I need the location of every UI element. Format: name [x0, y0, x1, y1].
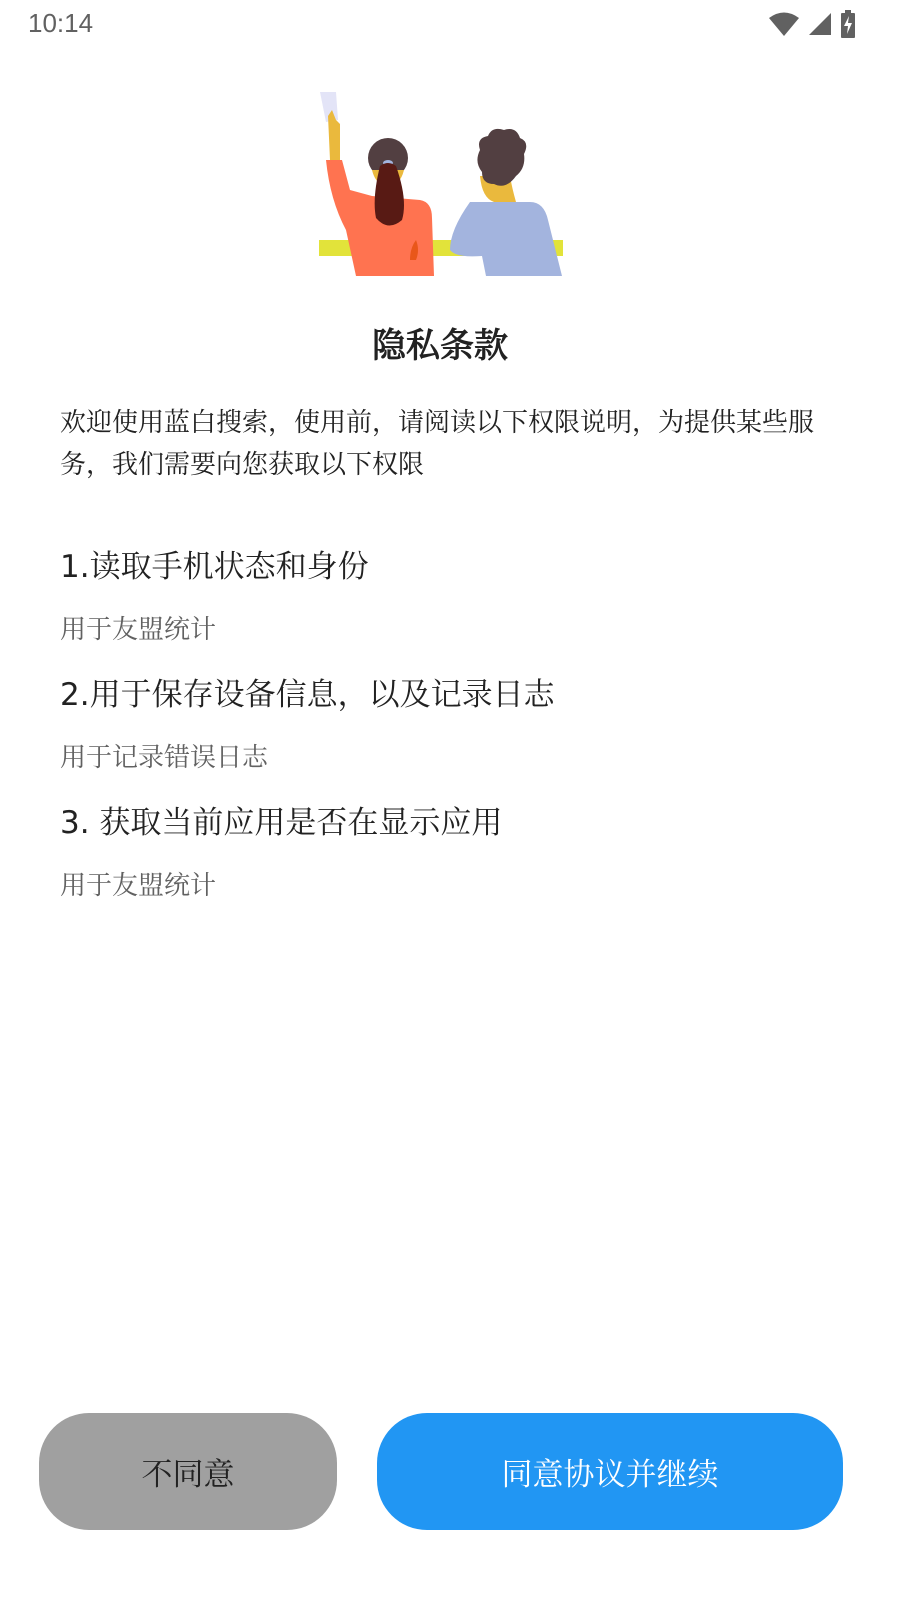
- permission-item: 1.读取手机状态和身份 用于友盟统计: [60, 545, 840, 673]
- permission-desc: 用于记录错误日志: [60, 740, 268, 776]
- dialog-title: 隐私条款: [0, 318, 880, 367]
- permission-title: 3. 获取当前应用是否在显示应用: [60, 801, 502, 845]
- agree-continue-button[interactable]: 同意协议并继续: [377, 1413, 843, 1530]
- privacy-illustration: [316, 90, 566, 280]
- permission-desc: 用于友盟统计: [60, 868, 216, 904]
- intro-text: 欢迎使用蓝白搜索，使用前，请阅读以下权限说明，为提供某些服务，我们需要向您获取以…: [60, 402, 820, 486]
- disagree-button[interactable]: 不同意: [39, 1413, 337, 1530]
- permission-item: 3. 获取当前应用是否在显示应用 用于友盟统计: [60, 801, 840, 929]
- cellular-signal-icon: [808, 12, 832, 40]
- permission-title: 2.用于保存设备信息，以及记录日志: [60, 673, 555, 717]
- status-bar: 10:14: [0, 0, 900, 48]
- permission-list: 1.读取手机状态和身份 用于友盟统计 2.用于保存设备信息，以及记录日志 用于记…: [60, 545, 840, 929]
- status-icons: [768, 10, 856, 42]
- wifi-icon: [768, 11, 800, 41]
- permission-item: 2.用于保存设备信息，以及记录日志 用于记录错误日志: [60, 673, 840, 801]
- status-time: 10:14: [28, 8, 93, 39]
- permission-desc: 用于友盟统计: [60, 612, 216, 648]
- battery-charging-icon: [840, 10, 856, 42]
- permission-title: 1.读取手机状态和身份: [60, 545, 369, 589]
